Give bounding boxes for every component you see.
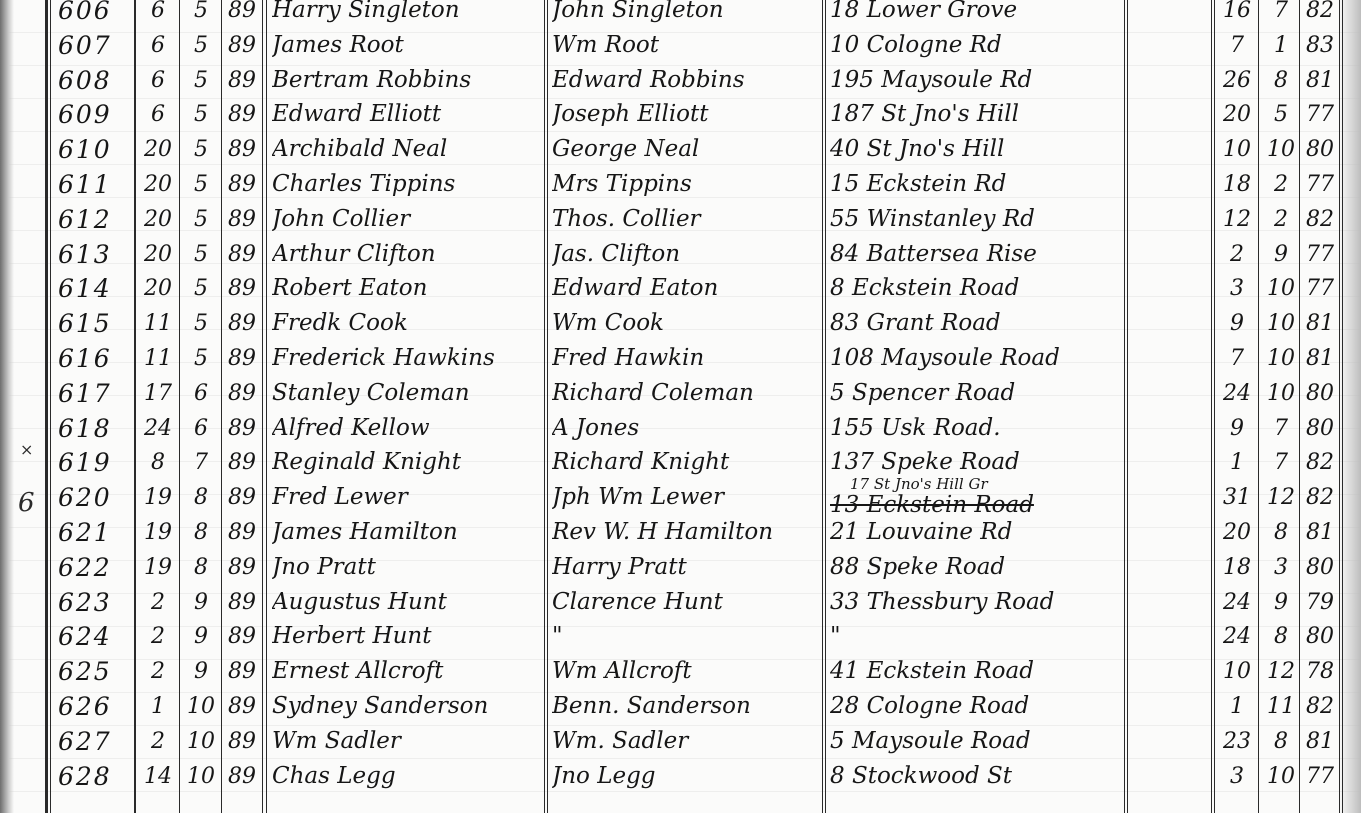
- birth-day: 3: [1213, 272, 1261, 305]
- pupil-name: Fred Lewer: [272, 481, 544, 514]
- admission-month: 9: [182, 620, 220, 653]
- pupil-name: Alfred Kellow: [272, 412, 544, 445]
- admission-month: 9: [182, 655, 220, 688]
- register-row: 610 20 5 89 Archibald Neal George Neal 4…: [0, 133, 1361, 166]
- pupil-name: John Collier: [272, 203, 544, 236]
- address: 5 Maysoule Road: [830, 725, 1120, 758]
- pupil-name: Harry Singleton: [272, 0, 544, 27]
- entry-number: 606: [58, 0, 134, 27]
- entry-number: 620: [58, 481, 134, 514]
- admission-month: 7: [182, 446, 220, 479]
- register-row: 615 11 5 89 Fredk Cook Wm Cook 83 Grant …: [0, 307, 1361, 340]
- birth-month: 12: [1263, 655, 1299, 688]
- parent-name: Fred Hawkin: [552, 342, 822, 375]
- pupil-name: James Hamilton: [272, 516, 544, 549]
- register-row: 611 20 5 89 Charles Tippins Mrs Tippins …: [0, 168, 1361, 201]
- birth-year: 81: [1300, 307, 1340, 340]
- admission-month: 5: [182, 133, 220, 166]
- admission-year: 89: [222, 481, 262, 514]
- admission-year: 89: [222, 0, 262, 27]
- admission-day: 19: [138, 481, 178, 514]
- pupil-name: Archibald Neal: [272, 133, 544, 166]
- birth-year: 81: [1300, 516, 1340, 549]
- birth-year: 82: [1300, 481, 1340, 514]
- address: 40 St Jno's Hill: [830, 133, 1120, 166]
- parent-name: Wm Cook: [552, 307, 822, 340]
- admission-day: 2: [138, 725, 178, 758]
- birth-day: 10: [1213, 133, 1261, 166]
- admission-day: 20: [138, 203, 178, 236]
- birth-day: 10: [1213, 655, 1261, 688]
- parent-name: Jno Legg: [552, 760, 822, 793]
- birth-year: 80: [1300, 620, 1340, 653]
- birth-year: 80: [1300, 377, 1340, 410]
- pupil-name: Ernest Allcroft: [272, 655, 544, 688]
- admission-day: 1: [138, 690, 178, 723]
- entry-number: 611: [58, 168, 134, 201]
- birth-year: 82: [1300, 446, 1340, 479]
- admission-day: 20: [138, 168, 178, 201]
- birth-year: 79: [1300, 586, 1340, 619]
- birth-month: 1: [1263, 29, 1299, 62]
- address: 8 Stockwood St: [830, 760, 1120, 793]
- birth-month: 8: [1263, 516, 1299, 549]
- birth-year: 81: [1300, 342, 1340, 375]
- parent-name: Harry Pratt: [552, 551, 822, 584]
- pupil-name: Charles Tippins: [272, 168, 544, 201]
- admission-year: 89: [222, 377, 262, 410]
- birth-year: 81: [1300, 64, 1340, 97]
- address: 15 Eckstein Rd: [830, 168, 1120, 201]
- address: 195 Maysoule Rd: [830, 64, 1120, 97]
- admission-year: 89: [222, 203, 262, 236]
- birth-month: 10: [1263, 342, 1299, 375]
- admission-year: 89: [222, 98, 262, 131]
- address: 88 Speke Road: [830, 551, 1120, 584]
- register-row: 619 8 7 89 Reginald Knight Richard Knigh…: [0, 446, 1361, 479]
- admission-year: 89: [222, 690, 262, 723]
- pupil-name: Augustus Hunt: [272, 586, 544, 619]
- admission-day: 6: [138, 0, 178, 27]
- birth-year: 77: [1300, 238, 1340, 271]
- pupil-name: Chas Legg: [272, 760, 544, 793]
- admission-day: 20: [138, 238, 178, 271]
- birth-year: 77: [1300, 272, 1340, 305]
- birth-month: 10: [1263, 133, 1299, 166]
- register-row: 620 19 8 89 Fred Lewer Jph Wm Lewer 13 E…: [0, 481, 1361, 514]
- parent-name: A Jones: [552, 412, 822, 445]
- parent-name: Richard Knight: [552, 446, 822, 479]
- entry-number: 612: [58, 203, 134, 236]
- admission-year: 89: [222, 272, 262, 305]
- address: 28 Cologne Road: [830, 690, 1120, 723]
- birth-day: 12: [1213, 203, 1261, 236]
- register-row: 612 20 5 89 John Collier Thos. Collier 5…: [0, 203, 1361, 236]
- birth-month: 9: [1263, 586, 1299, 619]
- admission-day: 20: [138, 133, 178, 166]
- admission-day: 6: [138, 98, 178, 131]
- entry-number: 623: [58, 586, 134, 619]
- pupil-name: Edward Elliott: [272, 98, 544, 131]
- parent-name: Richard Coleman: [552, 377, 822, 410]
- admission-year: 89: [222, 655, 262, 688]
- parent-name: John Singleton: [552, 0, 822, 27]
- admission-month: 5: [182, 307, 220, 340]
- pupil-name: Stanley Coleman: [272, 377, 544, 410]
- address: 155 Usk Road.: [830, 412, 1120, 445]
- admission-year: 89: [222, 342, 262, 375]
- admission-year: 89: [222, 238, 262, 271]
- register-row: 622 19 8 89 Jno Pratt Harry Pratt 88 Spe…: [0, 551, 1361, 584]
- parent-name: Wm Allcroft: [552, 655, 822, 688]
- pupil-name: Sydney Sanderson: [272, 690, 544, 723]
- address: 33 Thessbury Road: [830, 586, 1120, 619]
- birth-day: 9: [1213, 307, 1261, 340]
- admission-month: 10: [182, 725, 220, 758]
- parent-name: Joseph Elliott: [552, 98, 822, 131]
- birth-year: 82: [1300, 0, 1340, 27]
- parent-name: Edward Robbins: [552, 64, 822, 97]
- admission-month: 5: [182, 203, 220, 236]
- admission-month: 5: [182, 272, 220, 305]
- parent-name: Rev W. H Hamilton: [552, 516, 822, 549]
- register-row: 625 2 9 89 Ernest Allcroft Wm Allcroft 4…: [0, 655, 1361, 688]
- parent-name: Mrs Tippins: [552, 168, 822, 201]
- register-row: 618 24 6 89 Alfred Kellow A Jones 155 Us…: [0, 412, 1361, 445]
- pupil-name: Wm Sadler: [272, 725, 544, 758]
- birth-day: 7: [1213, 342, 1261, 375]
- address: 5 Spencer Road: [830, 377, 1120, 410]
- birth-month: 5: [1263, 98, 1299, 131]
- admission-year: 89: [222, 760, 262, 793]
- register-row: 621 19 8 89 James Hamilton Rev W. H Hami…: [0, 516, 1361, 549]
- admission-month: 5: [182, 168, 220, 201]
- parent-name: Edward Eaton: [552, 272, 822, 305]
- birth-day: 18: [1213, 168, 1261, 201]
- address: 10 Cologne Rd: [830, 29, 1120, 62]
- birth-month: 10: [1263, 272, 1299, 305]
- entry-number: 614: [58, 272, 134, 305]
- admission-day: 19: [138, 551, 178, 584]
- admission-month: 5: [182, 29, 220, 62]
- address: 8 Eckstein Road: [830, 272, 1120, 305]
- address: 84 Battersea Rise: [830, 238, 1120, 271]
- admission-month: 5: [182, 98, 220, 131]
- admission-month: 5: [182, 238, 220, 271]
- birth-year: 77: [1300, 760, 1340, 793]
- birth-month: 10: [1263, 307, 1299, 340]
- pupil-name: Robert Eaton: [272, 272, 544, 305]
- pupil-name: Herbert Hunt: [272, 620, 544, 653]
- register-row: 627 2 10 89 Wm Sadler Wm. Sadler 5 Mayso…: [0, 725, 1361, 758]
- pupil-name: Jno Pratt: [272, 551, 544, 584]
- pupil-name: Fredk Cook: [272, 307, 544, 340]
- address: ": [830, 620, 1120, 653]
- admission-month: 9: [182, 586, 220, 619]
- birth-day: 3: [1213, 760, 1261, 793]
- admission-day: 6: [138, 29, 178, 62]
- birth-month: 2: [1263, 168, 1299, 201]
- birth-month: 7: [1263, 446, 1299, 479]
- birth-month: 8: [1263, 64, 1299, 97]
- entry-number: 624: [58, 620, 134, 653]
- birth-year: 77: [1300, 98, 1340, 131]
- register-row: 606 6 5 89 Harry Singleton John Singleto…: [0, 0, 1361, 27]
- entry-number: 626: [58, 690, 134, 723]
- register-row: 617 17 6 89 Stanley Coleman Richard Cole…: [0, 377, 1361, 410]
- pupil-name: James Root: [272, 29, 544, 62]
- admission-month: 10: [182, 760, 220, 793]
- birth-day: 20: [1213, 516, 1261, 549]
- birth-year: 80: [1300, 551, 1340, 584]
- admission-day: 2: [138, 586, 178, 619]
- birth-month: 7: [1263, 412, 1299, 445]
- address-correction-note: 17 St Jno's Hill Gr: [850, 475, 988, 493]
- entry-number: 613: [58, 238, 134, 271]
- birth-day: 26: [1213, 64, 1261, 97]
- admission-month: 6: [182, 377, 220, 410]
- admission-day: 20: [138, 272, 178, 305]
- birth-day: 31: [1213, 481, 1261, 514]
- admission-year: 89: [222, 412, 262, 445]
- birth-day: 24: [1213, 377, 1261, 410]
- admission-day: 6: [138, 64, 178, 97]
- admission-month: 5: [182, 342, 220, 375]
- birth-day: 1: [1213, 446, 1261, 479]
- parent-name: Jph Wm Lewer: [552, 481, 822, 514]
- register-row: 626 1 10 89 Sydney Sanderson Benn. Sande…: [0, 690, 1361, 723]
- parent-name: Jas. Clifton: [552, 238, 822, 271]
- parent-name: ": [552, 620, 822, 653]
- admission-year: 89: [222, 29, 262, 62]
- birth-month: 10: [1263, 760, 1299, 793]
- admission-month: 5: [182, 64, 220, 97]
- entry-number: 609: [58, 98, 134, 131]
- birth-day: 23: [1213, 725, 1261, 758]
- admission-month: 10: [182, 690, 220, 723]
- admission-year: 89: [222, 64, 262, 97]
- birth-day: 18: [1213, 551, 1261, 584]
- birth-month: 2: [1263, 203, 1299, 236]
- birth-day: 24: [1213, 620, 1261, 653]
- pupil-name: Frederick Hawkins: [272, 342, 544, 375]
- register-row: 608 6 5 89 Bertram Robbins Edward Robbin…: [0, 64, 1361, 97]
- admission-year: 89: [222, 551, 262, 584]
- parent-name: Benn. Sanderson: [552, 690, 822, 723]
- birth-month: 8: [1263, 620, 1299, 653]
- address: 18 Lower Grove: [830, 0, 1120, 27]
- admission-day: 8: [138, 446, 178, 479]
- register-row: 613 20 5 89 Arthur Clifton Jas. Clifton …: [0, 238, 1361, 271]
- birth-year: 82: [1300, 203, 1340, 236]
- entry-number: 622: [58, 551, 134, 584]
- birth-month: 3: [1263, 551, 1299, 584]
- entry-number: 618: [58, 412, 134, 445]
- entry-number: 627: [58, 725, 134, 758]
- address: 41 Eckstein Road: [830, 655, 1120, 688]
- birth-year: 82: [1300, 690, 1340, 723]
- admission-day: 24: [138, 412, 178, 445]
- admission-day: 11: [138, 307, 178, 340]
- admission-day: 2: [138, 620, 178, 653]
- admission-year: 89: [222, 725, 262, 758]
- birth-day: 7: [1213, 29, 1261, 62]
- admission-month: 6: [182, 412, 220, 445]
- admission-year: 89: [222, 586, 262, 619]
- entry-number: 625: [58, 655, 134, 688]
- birth-month: 7: [1263, 0, 1299, 27]
- birth-day: 2: [1213, 238, 1261, 271]
- admission-year: 89: [222, 516, 262, 549]
- entry-number: 617: [58, 377, 134, 410]
- birth-day: 20: [1213, 98, 1261, 131]
- entry-number: 615: [58, 307, 134, 340]
- admission-year: 89: [222, 168, 262, 201]
- register-row: 623 2 9 89 Augustus Hunt Clarence Hunt 3…: [0, 586, 1361, 619]
- entry-number: 621: [58, 516, 134, 549]
- birth-month: 10: [1263, 377, 1299, 410]
- entry-number: 608: [58, 64, 134, 97]
- admission-day: 17: [138, 377, 178, 410]
- birth-year: 80: [1300, 133, 1340, 166]
- admission-month: 8: [182, 516, 220, 549]
- admission-day: 11: [138, 342, 178, 375]
- register-row: 616 11 5 89 Frederick Hawkins Fred Hawki…: [0, 342, 1361, 375]
- birth-month: 12: [1263, 481, 1299, 514]
- register-row: 628 14 10 89 Chas Legg Jno Legg 8 Stockw…: [0, 760, 1361, 793]
- admission-year: 89: [222, 307, 262, 340]
- pupil-name: Reginald Knight: [272, 446, 544, 479]
- register-row: 624 2 9 89 Herbert Hunt " " 24 8 80: [0, 620, 1361, 653]
- parent-name: Thos. Collier: [552, 203, 822, 236]
- admission-month: 5: [182, 0, 220, 27]
- admission-month: 8: [182, 551, 220, 584]
- birth-month: 8: [1263, 725, 1299, 758]
- birth-month: 9: [1263, 238, 1299, 271]
- birth-day: 9: [1213, 412, 1261, 445]
- entry-number: 619: [58, 446, 134, 479]
- address: 108 Maysoule Road: [830, 342, 1120, 375]
- birth-year: 81: [1300, 725, 1340, 758]
- address: 21 Louvaine Rd: [830, 516, 1120, 549]
- register-page: × 6 606 6 5 89 Harry Singleton John Sing…: [0, 0, 1361, 813]
- birth-year: 78: [1300, 655, 1340, 688]
- entry-number: 628: [58, 760, 134, 793]
- entry-number: 616: [58, 342, 134, 375]
- admission-year: 89: [222, 133, 262, 166]
- birth-day: 24: [1213, 586, 1261, 619]
- birth-day: 1: [1213, 690, 1261, 723]
- admission-month: 8: [182, 481, 220, 514]
- admission-day: 14: [138, 760, 178, 793]
- register-row: 609 6 5 89 Edward Elliott Joseph Elliott…: [0, 98, 1361, 131]
- parent-name: Clarence Hunt: [552, 586, 822, 619]
- birth-month: 11: [1263, 690, 1299, 723]
- register-row: 607 6 5 89 James Root Wm Root 10 Cologne…: [0, 29, 1361, 62]
- address: 83 Grant Road: [830, 307, 1120, 340]
- admission-year: 89: [222, 446, 262, 479]
- parent-name: Wm. Sadler: [552, 725, 822, 758]
- register-row: 614 20 5 89 Robert Eaton Edward Eaton 8 …: [0, 272, 1361, 305]
- admission-year: 89: [222, 620, 262, 653]
- entry-number: 610: [58, 133, 134, 166]
- entry-number: 607: [58, 29, 134, 62]
- pupil-name: Bertram Robbins: [272, 64, 544, 97]
- birth-year: 83: [1300, 29, 1340, 62]
- birth-day: 16: [1213, 0, 1261, 27]
- address: 187 St Jno's Hill: [830, 98, 1120, 131]
- parent-name: George Neal: [552, 133, 822, 166]
- parent-name: Wm Root: [552, 29, 822, 62]
- birth-year: 80: [1300, 412, 1340, 445]
- address: 55 Winstanley Rd: [830, 203, 1120, 236]
- admission-day: 2: [138, 655, 178, 688]
- pupil-name: Arthur Clifton: [272, 238, 544, 271]
- birth-year: 77: [1300, 168, 1340, 201]
- admission-day: 19: [138, 516, 178, 549]
